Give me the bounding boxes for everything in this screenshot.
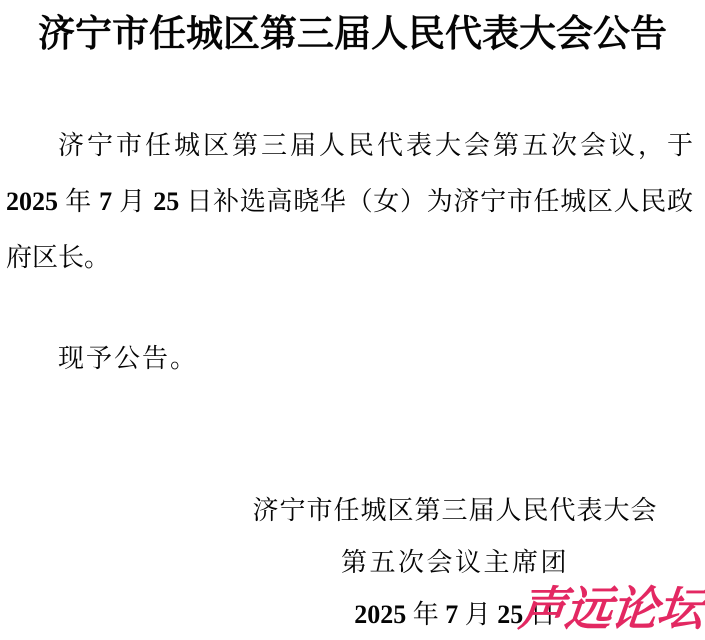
closing-line: 现予公告。 [58, 331, 198, 387]
signature-org-line: 济宁市任城区第三届人民代表大会 [205, 485, 705, 537]
body-line-3: 府区长。 [6, 230, 110, 286]
announcement-document: 济宁市任城区第三届人民代表大会公告 济宁市任城区第三届人民代表大会第五次会议，于… [0, 0, 705, 640]
document-title: 济宁市任城区第三届人民代表大会公告 [0, 10, 705, 60]
body-line-2: 2025 年 7 月 25 日补选高晓华（女）为济宁市任城区人民政 [6, 174, 693, 230]
forum-watermark-logo: 声远论坛 [516, 582, 705, 636]
body-line-1: 济宁市任城区第三届人民代表大会第五次会议，于 [58, 118, 693, 174]
